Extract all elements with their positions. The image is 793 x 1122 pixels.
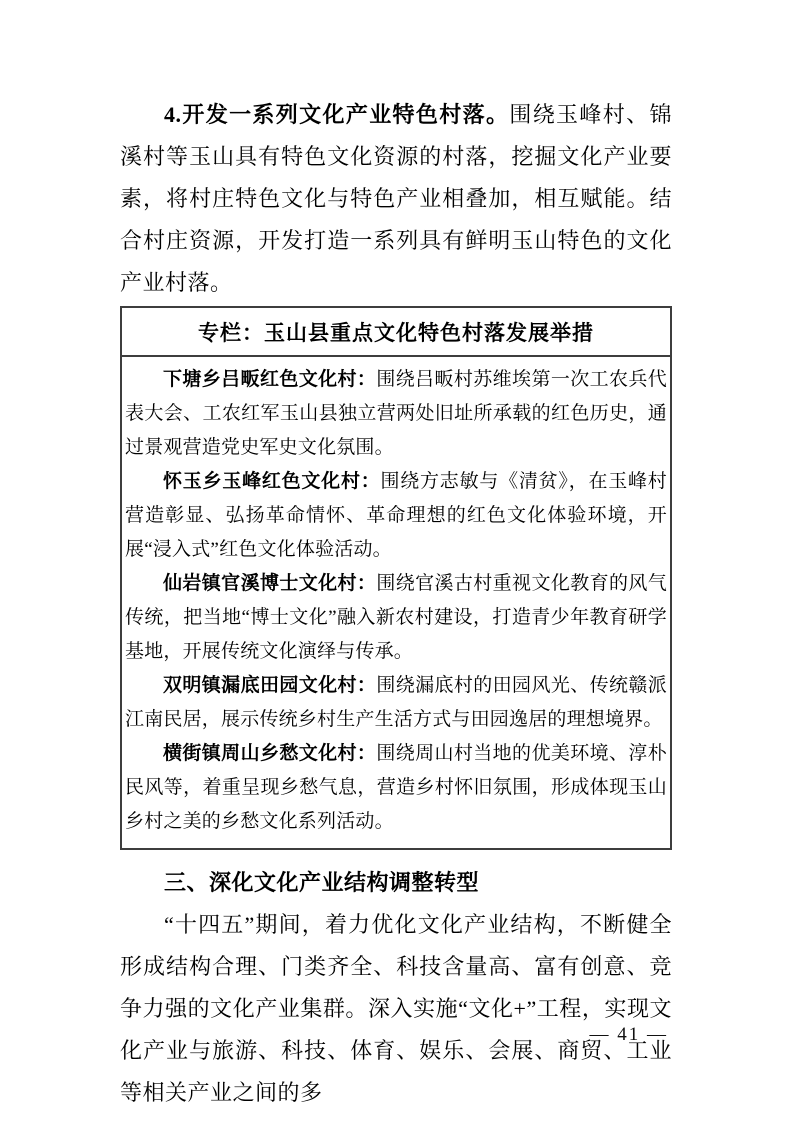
column-item-lead: 仙岩镇官溪博士文化村： — [163, 573, 376, 594]
paragraph-shisiwu: “十四五”期间，着力优化文化产业结构，不断健全形成结构合理、门类齐全、科技含量高… — [120, 904, 672, 1114]
column-item-hengjie: 横街镇周山乡愁文化村：围绕周山村当地的优美环境、淳朴民风等，着重呈现乡愁气息，营… — [125, 737, 667, 839]
section-heading-three: 三、深化文化产业结构调整转型 — [120, 862, 672, 904]
paragraph-develop-villages: 4.开发一系列文化产业特色村落。围绕玉峰村、锦溪村等玉山具有特色文化资源的村落，… — [120, 94, 672, 304]
column-item-huaiyu: 怀玉乡玉峰红色文化村：围绕方志敏与《清贫》，在玉峰村营造彰显、弘扬革命情怀、革命… — [125, 465, 667, 567]
column-box-title: 专栏：玉山县重点文化特色村落发展举措 — [122, 308, 670, 357]
column-item-lead: 下塘乡吕畈红色文化村： — [163, 369, 376, 390]
column-item-shuangming: 双明镇漏底田园文化村：围绕漏底村的田园风光、传统赣派江南民居，展示传统乡村生产生… — [125, 669, 667, 737]
column-item-lead: 双明镇漏底田园文化村： — [163, 675, 376, 696]
document-page: 4.开发一系列文化产业特色村落。围绕玉峰村、锦溪村等玉山具有特色文化资源的村落，… — [0, 0, 793, 1122]
column-item-lead: 横街镇周山乡愁文化村： — [163, 743, 376, 764]
column-item-lead: 怀玉乡玉峰红色文化村： — [163, 471, 380, 492]
paragraph-body-text: 围绕玉峰村、锦溪村等玉山具有特色文化资源的村落，挖掘文化产业要素，将村庄特色文化… — [120, 102, 672, 295]
page-content: 4.开发一系列文化产业特色村落。围绕玉峰村、锦溪村等玉山具有特色文化资源的村落，… — [120, 94, 672, 1114]
column-item-xiatang: 下塘乡吕畈红色文化村：围绕吕畈村苏维埃第一次工农兵代表大会、工农红军玉山县独立营… — [125, 363, 667, 465]
page-number: — 41 — — [590, 1024, 669, 1046]
column-item-xianyan: 仙岩镇官溪博士文化村：围绕官溪古村重视文化教育的风气传统，把当地“博士文化”融入… — [125, 567, 667, 669]
feature-column-box: 专栏：玉山县重点文化特色村落发展举措 下塘乡吕畈红色文化村：围绕吕畈村苏维埃第一… — [120, 306, 672, 850]
column-box-body: 下塘乡吕畈红色文化村：围绕吕畈村苏维埃第一次工农兵代表大会、工农红军玉山县独立营… — [122, 357, 670, 848]
paragraph-lead-bold: 4.开发一系列文化产业特色村落。 — [164, 102, 509, 127]
